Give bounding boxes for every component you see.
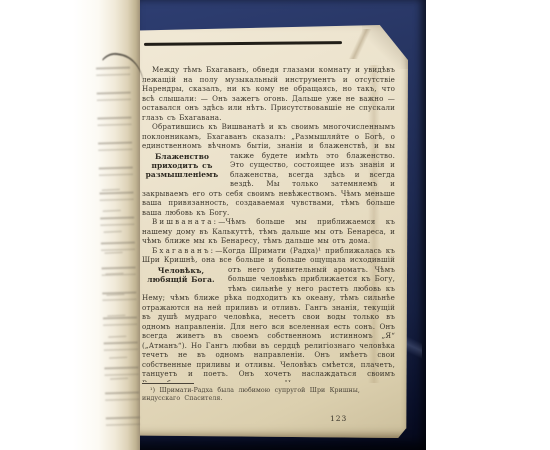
book-page: Между тѣмъ Бхагаванъ, обведя глазами ком…: [126, 25, 408, 438]
cutin-sidenote-god-lover: Человѣкъ, любящій Бога.: [142, 266, 220, 284]
paragraph-vishvanata: Вишваната:—Чѣмъ больше мы приближаемся к…: [142, 217, 395, 246]
paragraph-text: больше человѣкъ приближается къ Богу, тѣ…: [142, 274, 395, 382]
paragraph-bhagavan-speech: Обратившись къ Вишванатѣ и къ своимъ мно…: [142, 122, 395, 217]
footnote-marker: ¹): [150, 387, 155, 394]
page-text: Между тѣмъ Бхагаванъ, обведя глазами ком…: [142, 65, 395, 382]
footnote-separator: [142, 383, 194, 384]
section-rule: [144, 41, 342, 46]
left-page: [0, 0, 140, 450]
cutin-sidenote-bliss: Блаженство приходитъ съ размышленіемъ: [142, 152, 222, 180]
paragraph-bhagavan-dialogue: Бхагаванъ:—Когда Шримати (Радха)¹ прибли…: [142, 246, 395, 383]
footnote-text: Шримати-Радха была любимою супругой Шри …: [142, 387, 360, 402]
speaker-name: Бхагаванъ:: [152, 246, 215, 255]
paragraph-narration: Между тѣмъ Бхагаванъ, обведя глазами ком…: [142, 65, 395, 122]
paragraph-text: Между тѣмъ Бхагаванъ, обведя глазами ком…: [142, 65, 395, 122]
page-number: 123: [330, 414, 347, 423]
speaker-name: Вишваната:: [152, 217, 218, 226]
footnote: ¹) Шримати-Радха была любимою супругой Ш…: [142, 387, 360, 403]
book-photo: Между тѣмъ Бхагаванъ, обведя глазами ком…: [0, 0, 550, 450]
